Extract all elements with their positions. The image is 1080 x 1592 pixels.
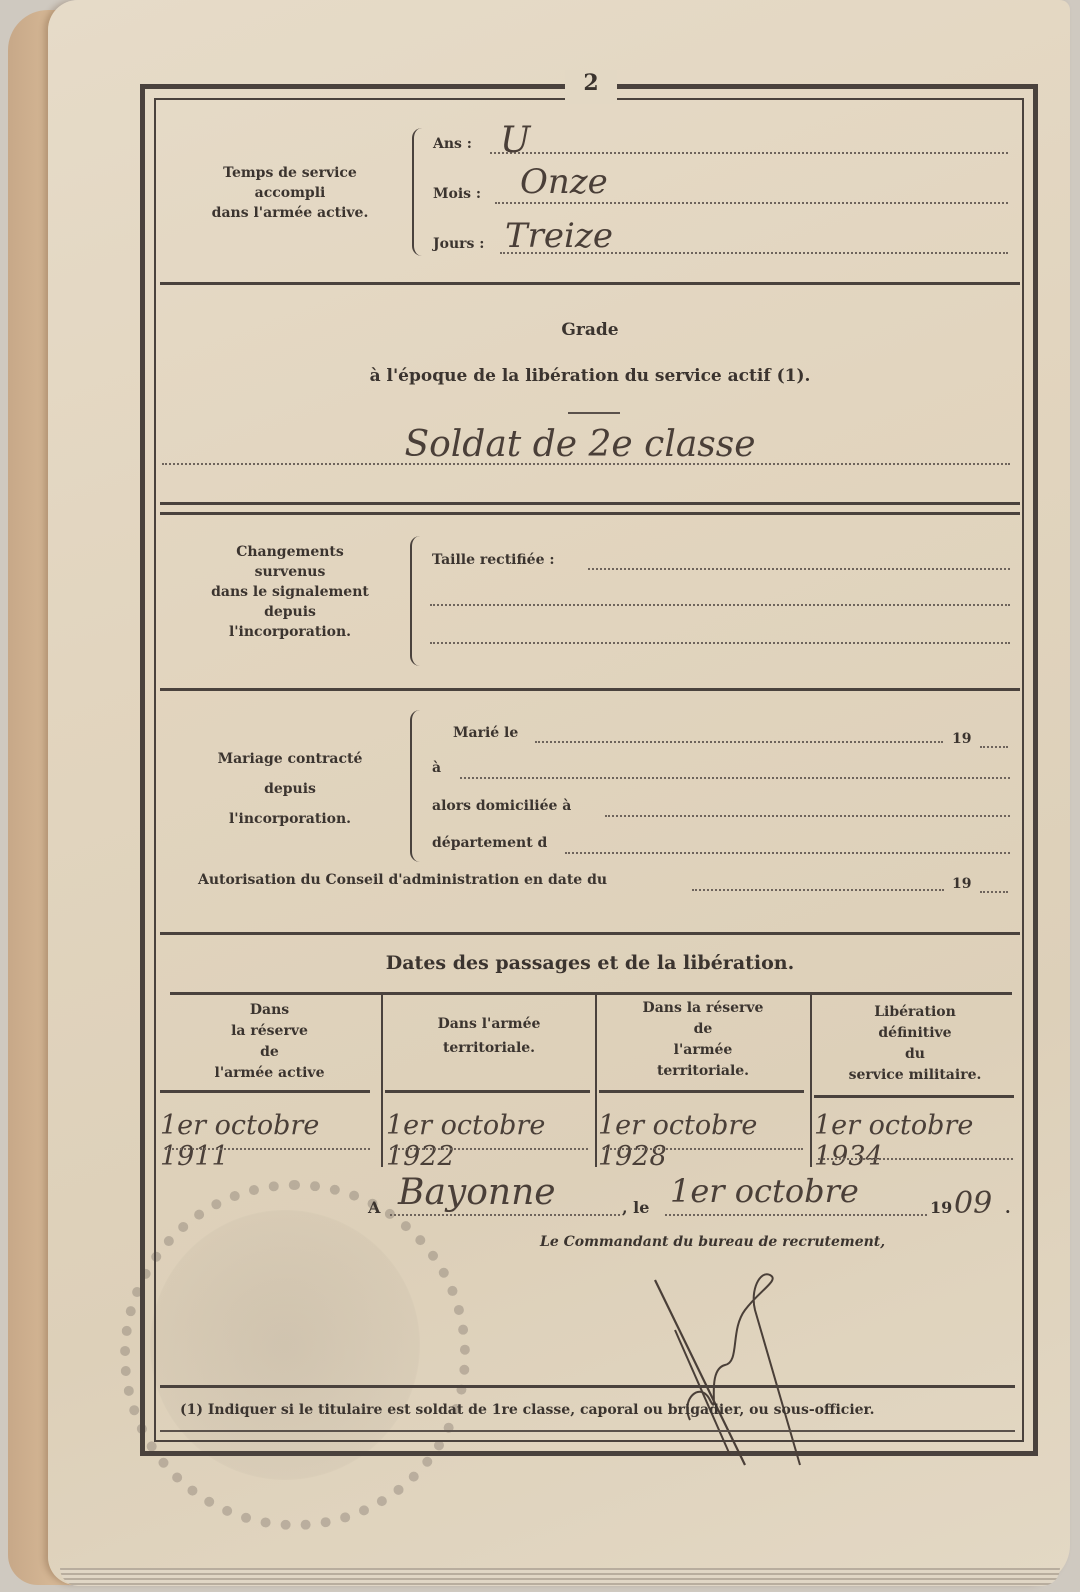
changes-label-line: survenus bbox=[180, 562, 400, 582]
field-label-married-on: Marié le bbox=[453, 725, 518, 741]
place-prefix: A bbox=[368, 1198, 380, 1217]
dotted-line bbox=[390, 1148, 588, 1150]
date-territorial[interactable]: 1er octobre 1922 bbox=[386, 1110, 596, 1172]
header-line: Libération bbox=[814, 1002, 1016, 1023]
married-year-input[interactable] bbox=[980, 746, 1008, 748]
period: . bbox=[1005, 1198, 1011, 1217]
field-value-months[interactable]: Onze bbox=[520, 162, 608, 202]
dotted-line bbox=[490, 152, 1008, 154]
changes-line-3-input[interactable] bbox=[430, 642, 1010, 644]
service-time-label-line: accompli bbox=[180, 183, 400, 203]
section-divider bbox=[160, 688, 1020, 691]
dotted-line bbox=[390, 1214, 620, 1216]
field-label-department: département d bbox=[432, 835, 547, 851]
dates-title: Dates des passages et de la libération. bbox=[160, 952, 1020, 974]
date-active-reserve[interactable]: 1er octobre 1911 bbox=[160, 1110, 380, 1172]
section-divider bbox=[160, 502, 1020, 505]
brace-icon bbox=[410, 536, 426, 666]
field-label-domiciled: alors domiciliée à bbox=[432, 798, 571, 814]
column-header-active-reserve: Dans la réserve de l'armée active bbox=[162, 1000, 377, 1084]
signature-icon bbox=[650, 1270, 810, 1470]
marriage-label: Mariage contracté depuis l'incorporation… bbox=[180, 744, 400, 834]
section-divider bbox=[160, 512, 1020, 515]
section-divider bbox=[160, 282, 1020, 285]
header-underline bbox=[160, 1090, 370, 1093]
field-label-years: Ans : bbox=[433, 136, 472, 152]
header-line: service militaire. bbox=[814, 1065, 1016, 1086]
header-underline bbox=[814, 1095, 1014, 1098]
section-divider bbox=[160, 932, 1020, 935]
dotted-line bbox=[162, 463, 1010, 465]
height-corrected-input[interactable] bbox=[588, 568, 1010, 570]
header-line: Dans l'armée bbox=[385, 1012, 593, 1036]
dotted-line bbox=[665, 1214, 927, 1216]
issue-date-value[interactable]: 1er octobre bbox=[670, 1172, 859, 1210]
department-input[interactable] bbox=[565, 852, 1010, 854]
footnote-bottom-rule bbox=[160, 1430, 1015, 1432]
grade-subtitle: à l'époque de la libération du service a… bbox=[160, 366, 1020, 386]
field-label-days: Jours : bbox=[433, 236, 484, 252]
changes-line-2-input[interactable] bbox=[430, 604, 1010, 606]
header-line: la réserve bbox=[162, 1021, 377, 1042]
header-line: définitive bbox=[814, 1023, 1016, 1044]
field-label-height-corrected: Taille rectifiée : bbox=[432, 552, 555, 568]
authorization-date-input[interactable] bbox=[692, 889, 944, 891]
service-time-label-line: dans l'armée active. bbox=[180, 203, 400, 223]
signatory-title: Le Commandant du bureau de recrutement, bbox=[540, 1234, 885, 1250]
dotted-line bbox=[603, 1148, 803, 1150]
changes-label-line: dans le signalement bbox=[180, 582, 400, 602]
header-line: territoriale. bbox=[599, 1061, 807, 1082]
header-line: Dans la réserve bbox=[599, 998, 807, 1019]
service-time-label: Temps de service accompli dans l'armée a… bbox=[180, 163, 400, 223]
marriage-label-line: Mariage contracté bbox=[180, 744, 400, 774]
table-top-rule bbox=[170, 992, 1012, 995]
field-value-days[interactable]: Treize bbox=[505, 216, 613, 256]
date-territorial-reserve[interactable]: 1er octobre 1928 bbox=[598, 1110, 808, 1172]
year-handwritten[interactable]: 09 bbox=[954, 1186, 992, 1221]
changes-label-line: l'incorporation. bbox=[180, 622, 400, 642]
grade-value[interactable]: Soldat de 2e classe bbox=[300, 424, 860, 465]
brace-icon bbox=[412, 128, 428, 256]
date-final-release[interactable]: 1er octobre 1934 bbox=[814, 1110, 1019, 1172]
column-divider bbox=[810, 995, 812, 1167]
service-time-label-line: Temps de service bbox=[180, 163, 400, 183]
footnote-rule bbox=[160, 1385, 1015, 1388]
header-line: territoriale. bbox=[385, 1036, 593, 1060]
header-line: l'armée bbox=[599, 1040, 807, 1061]
place-value[interactable]: Bayonne bbox=[398, 1172, 556, 1213]
page-number: 2 bbox=[565, 70, 617, 104]
domiciled-input[interactable] bbox=[605, 815, 1010, 817]
short-rule bbox=[568, 412, 620, 414]
authorization-year-input[interactable] bbox=[980, 891, 1008, 893]
dotted-line bbox=[818, 1158, 1013, 1160]
header-line: l'armée active bbox=[162, 1063, 377, 1084]
married-on-input[interactable] bbox=[535, 741, 943, 743]
header-line: du bbox=[814, 1044, 1016, 1065]
page-leaves-edge bbox=[60, 1568, 1060, 1586]
header-underline bbox=[385, 1090, 590, 1093]
header-line: de bbox=[162, 1042, 377, 1063]
year-prefix: 19 bbox=[952, 731, 971, 747]
dotted-line bbox=[495, 202, 1008, 204]
marriage-label-line: l'incorporation. bbox=[180, 804, 400, 834]
field-label-at: à bbox=[432, 760, 441, 776]
column-header-territorial-reserve: Dans la réserve de l'armée territoriale. bbox=[599, 998, 807, 1082]
header-line: de bbox=[599, 1019, 807, 1040]
column-header-final-release: Libération définitive du service militai… bbox=[814, 1002, 1016, 1086]
grade-title: Grade bbox=[160, 320, 1020, 340]
changes-label-line: depuis bbox=[180, 602, 400, 622]
footnote: (1) Indiquer si le titulaire est soldat … bbox=[180, 1402, 875, 1418]
header-underline bbox=[599, 1090, 804, 1093]
column-divider bbox=[381, 995, 383, 1167]
year-printed: 19 bbox=[930, 1198, 952, 1217]
column-header-territorial: Dans l'armée territoriale. bbox=[385, 1012, 593, 1060]
changes-label: Changements survenus dans le signalement… bbox=[180, 542, 400, 642]
marriage-label-line: depuis bbox=[180, 774, 400, 804]
field-label-authorization: Autorisation du Conseil d'administration… bbox=[198, 872, 607, 888]
field-label-months: Mois : bbox=[433, 186, 481, 202]
dotted-line bbox=[165, 1148, 370, 1150]
header-line: Dans bbox=[162, 1000, 377, 1021]
changes-label-line: Changements bbox=[180, 542, 400, 562]
year-prefix: 19 bbox=[952, 876, 971, 892]
brace-icon bbox=[410, 710, 426, 862]
date-le: , le bbox=[622, 1198, 649, 1217]
field-value-years[interactable]: U bbox=[500, 120, 530, 161]
married-at-input[interactable] bbox=[460, 777, 1010, 779]
